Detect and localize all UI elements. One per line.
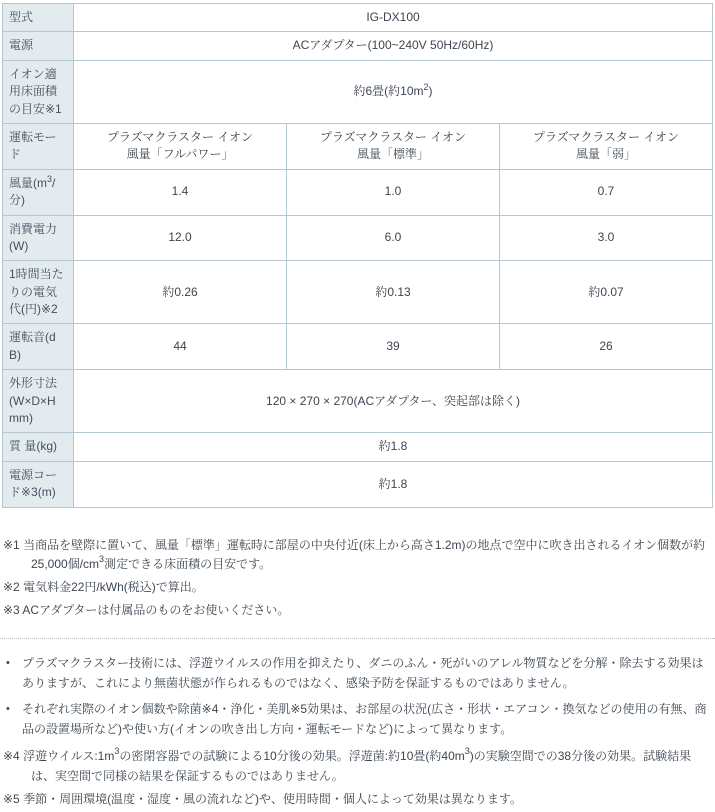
spec-row-mode: 運転モード プラズマクラスター イオン風量「フルパワー」 プラズマクラスター イ… xyxy=(3,123,713,169)
disclaimer-2-text: それぞれ実際のイオン個数や除菌※4・浄化・美肌※5効果は、お部屋の状況(広さ・形… xyxy=(22,700,715,740)
spec-value-ion-area: 約6畳(約10m2) xyxy=(74,60,713,123)
spec-label-cord: 電源コード※3(m) xyxy=(3,461,74,507)
footnote-3: ※3 ACアダプターは付属品のものをお使いください。 xyxy=(3,601,715,621)
spec-consumption-low: 3.0 xyxy=(500,215,713,261)
spec-row-model: 型式 IG-DX100 xyxy=(3,4,713,32)
spec-cost-low: 約0.07 xyxy=(500,261,713,324)
mode-line-2: 風量「フルパワー」 xyxy=(80,146,280,163)
spec-label-ion-area: イオン適用床面積の目安※1 xyxy=(3,60,74,123)
footnote-1-tail: 測定できる床面積の目安です。 xyxy=(104,557,271,571)
spec-label-airflow: 風量(m3/分) xyxy=(3,169,74,215)
spec-label-noise: 運転音(dB) xyxy=(3,324,74,370)
spec-label-model: 型式 xyxy=(3,4,74,32)
footnote-4-mid: の密閉容器での試験による10分後の効果。浮遊菌:約10畳(約40m xyxy=(119,749,464,763)
disclaimer-bullet-2: •それぞれ実際のイオン個数や除菌※4・浄化・美肌※5効果は、お部屋の状況(広さ・… xyxy=(6,700,715,740)
spec-table: 型式 IG-DX100 電源 ACアダプター(100~240V 50Hz/60H… xyxy=(2,3,713,508)
disclaimer-section: •プラズマクラスター技術には、浮遊ウイルスの作用を抑えたり、ダニのふん・死がいの… xyxy=(6,654,715,810)
spec-row-airflow: 風量(m3/分) 1.4 1.0 0.7 xyxy=(3,169,713,215)
spec-noise-fullpower: 44 xyxy=(74,324,287,370)
spec-cost-fullpower: 約0.26 xyxy=(74,261,287,324)
bullet-icon: • xyxy=(6,700,22,740)
section-divider xyxy=(0,638,715,639)
mode-line-2: 風量「標準」 xyxy=(293,146,493,163)
spec-value-weight: 約1.8 xyxy=(74,433,713,461)
spec-row-cost: 1時間当たりの電気代(円)※2 約0.26 約0.13 約0.07 xyxy=(3,261,713,324)
footnote-5: ※5 季節・周囲環境(温度・湿度・風の流れなど)や、使用時間・個人によって効果は… xyxy=(3,790,715,810)
spec-label-weight: 質 量(kg) xyxy=(3,433,74,461)
spec-mode-fullpower: プラズマクラスター イオン風量「フルパワー」 xyxy=(74,123,287,169)
footnote-2: ※2 電気料金22円/kWh(税込)で算出。 xyxy=(3,578,715,598)
footnote-4-text: ※4 浮遊ウイルス:1m xyxy=(3,749,114,763)
disclaimer-bullet-1: •プラズマクラスター技術には、浮遊ウイルスの作用を抑えたり、ダニのふん・死がいの… xyxy=(6,654,715,694)
mode-line-1: プラズマクラスター イオン xyxy=(293,129,493,146)
spec-cost-standard: 約0.13 xyxy=(287,261,500,324)
spec-airflow-fullpower: 1.4 xyxy=(74,169,287,215)
spec-mode-low: プラズマクラスター イオン風量「弱」 xyxy=(500,123,713,169)
mode-line-1: プラズマクラスター イオン xyxy=(80,129,280,146)
spec-consumption-standard: 6.0 xyxy=(287,215,500,261)
spec-noise-standard: 39 xyxy=(287,324,500,370)
ion-area-value-close: ) xyxy=(429,84,433,98)
mode-line-2: 風量「弱」 xyxy=(506,146,706,163)
spec-value-dimensions: 120 × 270 × 270(ACアダプター、突起部は除く) xyxy=(74,370,713,433)
spec-label-cost: 1時間当たりの電気代(円)※2 xyxy=(3,261,74,324)
spec-airflow-standard: 1.0 xyxy=(287,169,500,215)
spec-label-dimensions: 外形寸法(W×D×H mm) xyxy=(3,370,74,433)
table-footnotes: ※1 当商品を壁際に置いて、風量「標準」運転時に部屋の中央付近(床上から高さ1.… xyxy=(3,536,715,621)
spec-row-ion-area: イオン適用床面積の目安※1 約6畳(約10m2) xyxy=(3,60,713,123)
spec-value-model: IG-DX100 xyxy=(74,4,713,32)
spec-noise-low: 26 xyxy=(500,324,713,370)
spec-mode-standard: プラズマクラスター イオン風量「標準」 xyxy=(287,123,500,169)
spec-label-consumption: 消費電力(W) xyxy=(3,215,74,261)
airflow-label-text: 風量(m xyxy=(9,176,47,190)
bullet-icon: • xyxy=(6,654,22,694)
spec-row-dimensions: 外形寸法(W×D×H mm) 120 × 270 × 270(ACアダプター、突… xyxy=(3,370,713,433)
disclaimer-1-text: プラズマクラスター技術には、浮遊ウイルスの作用を抑えたり、ダニのふん・死がいのア… xyxy=(22,654,715,694)
footnote-4: ※4 浮遊ウイルス:1m3の密閉容器での試験による10分後の効果。浮遊菌:約10… xyxy=(3,747,715,787)
spec-airflow-low: 0.7 xyxy=(500,169,713,215)
spec-row-power: 電源 ACアダプター(100~240V 50Hz/60Hz) xyxy=(3,32,713,60)
spec-row-noise: 運転音(dB) 44 39 26 xyxy=(3,324,713,370)
spec-row-consumption: 消費電力(W) 12.0 6.0 3.0 xyxy=(3,215,713,261)
spec-consumption-fullpower: 12.0 xyxy=(74,215,287,261)
spec-row-cord: 電源コード※3(m) 約1.8 xyxy=(3,461,713,507)
ion-area-value-text: 約6畳(約10m xyxy=(354,84,424,98)
mode-line-1: プラズマクラスター イオン xyxy=(506,129,706,146)
spec-value-power: ACアダプター(100~240V 50Hz/60Hz) xyxy=(74,32,713,60)
spec-label-power: 電源 xyxy=(3,32,74,60)
spec-row-weight: 質 量(kg) 約1.8 xyxy=(3,433,713,461)
footnote-1: ※1 当商品を壁際に置いて、風量「標準」運転時に部屋の中央付近(床上から高さ1.… xyxy=(3,536,715,576)
spec-value-cord: 約1.8 xyxy=(74,461,713,507)
spec-label-mode: 運転モード xyxy=(3,123,74,169)
